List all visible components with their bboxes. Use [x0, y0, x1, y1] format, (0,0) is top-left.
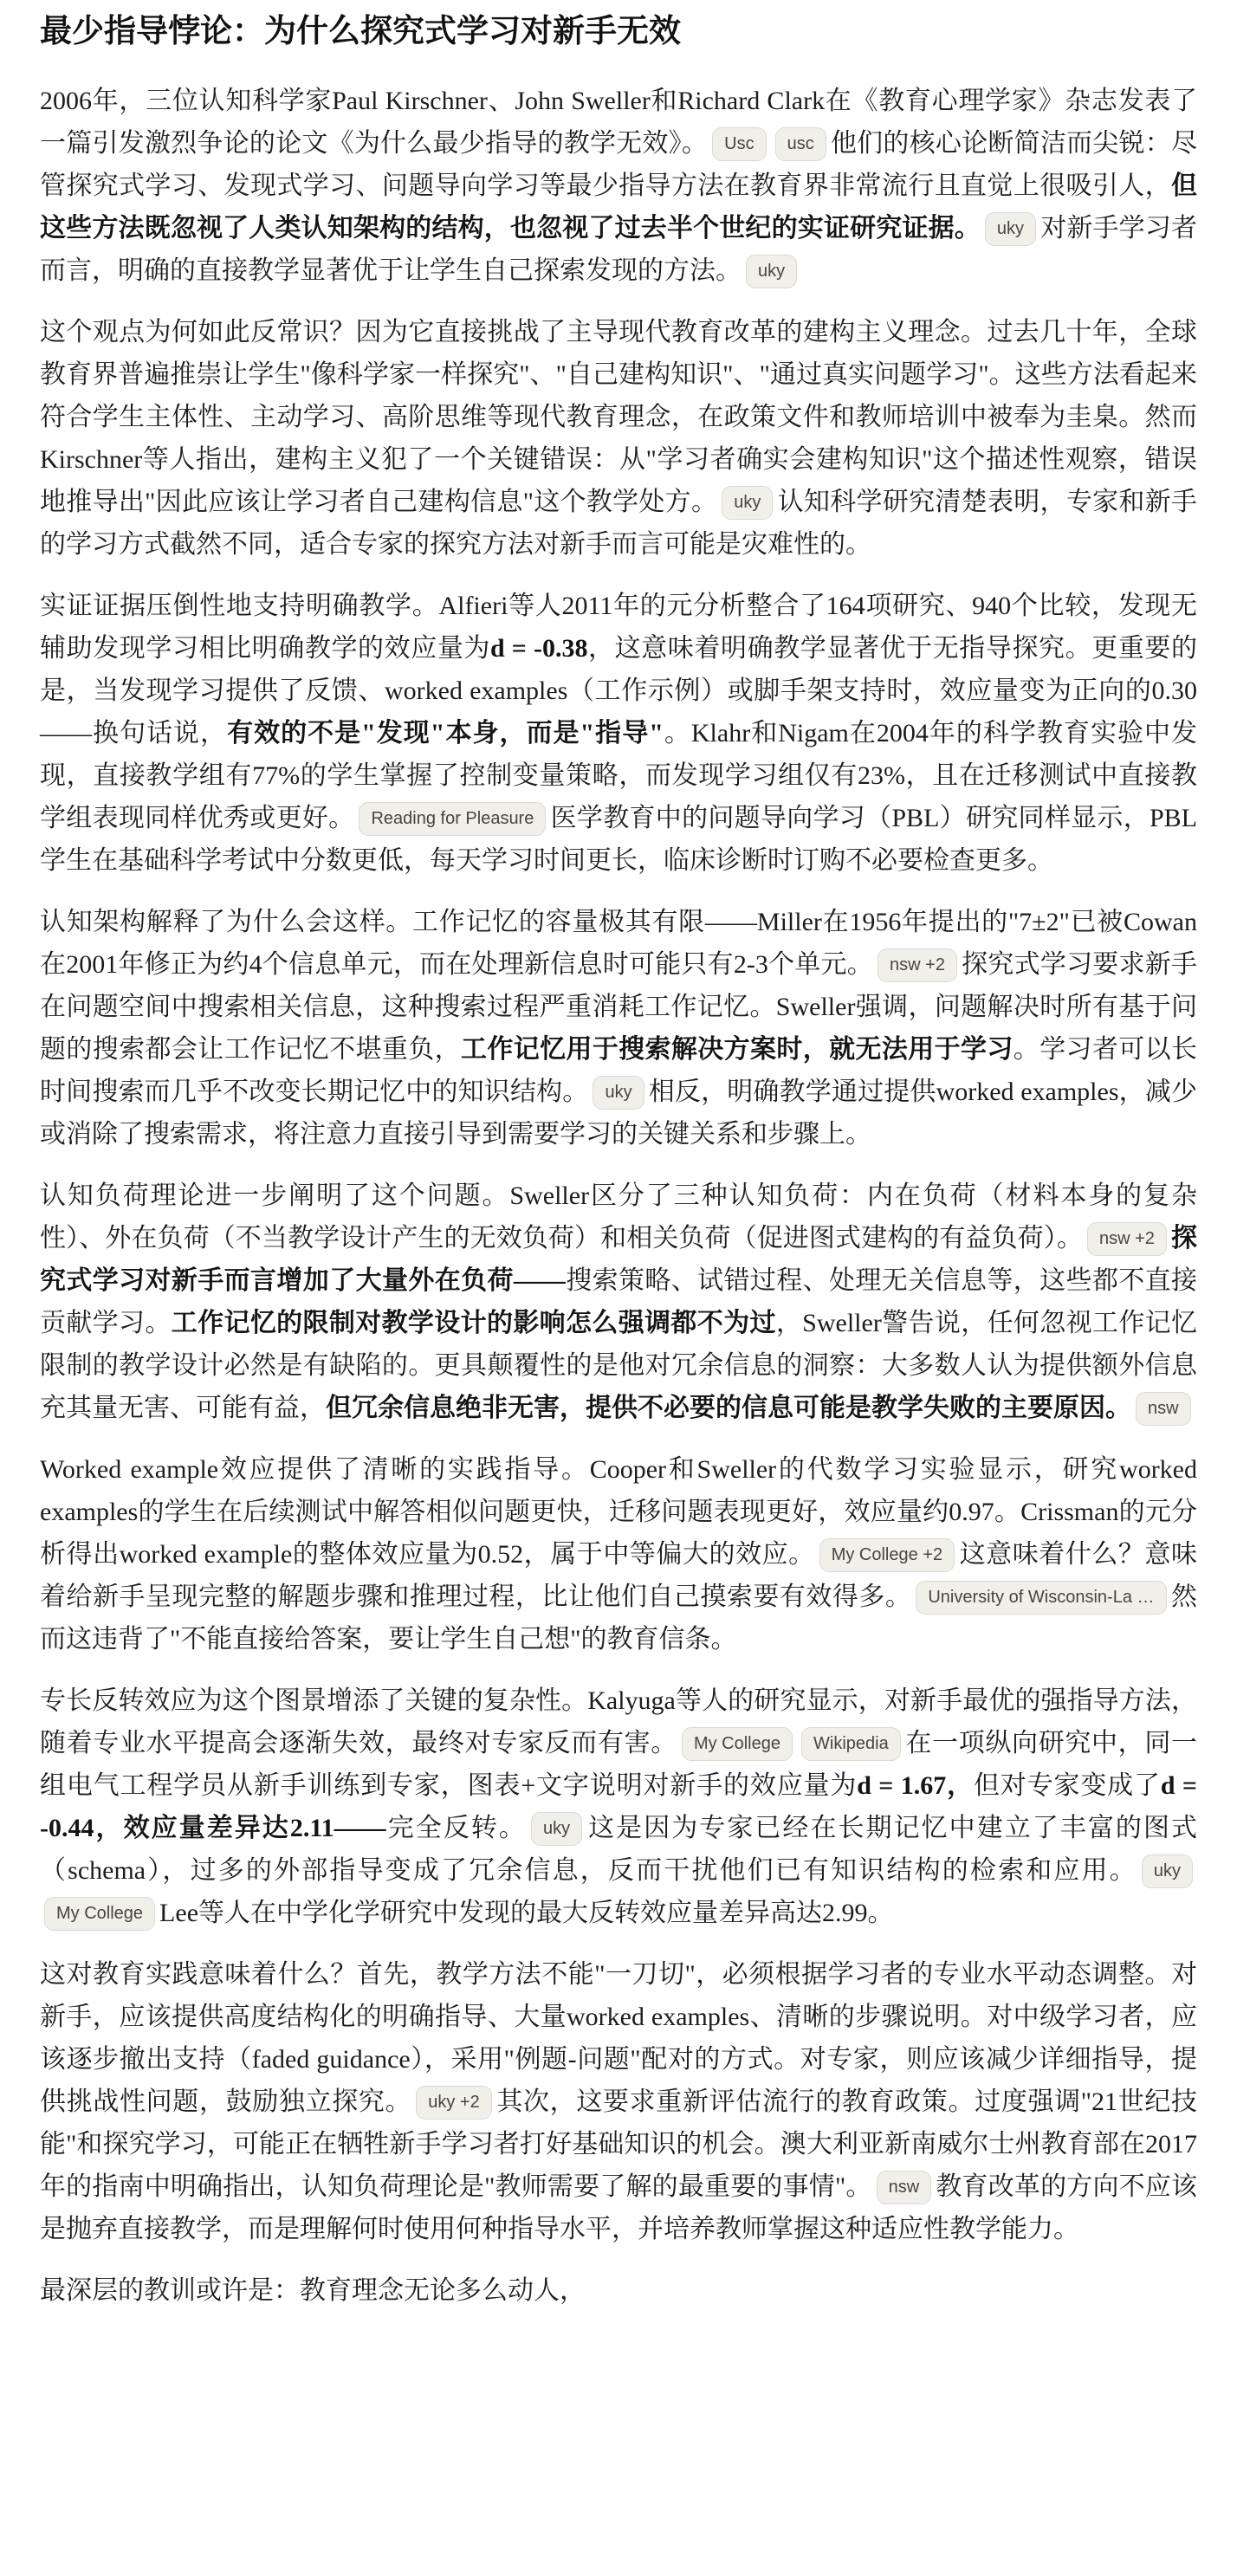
citation-pill[interactable]: nsw [877, 2171, 932, 2204]
paragraph: Worked example效应提供了清晰的实践指导。Cooper和Swelle… [40, 1448, 1197, 1660]
text-run: 认知负荷理论进一步阐明了这个问题。Sweller区分了三种认知负荷：内在负荷（材… [40, 1181, 1197, 1252]
citation-pill[interactable]: uky [1142, 1854, 1193, 1888]
citation-pill[interactable]: My College +2 [819, 1538, 955, 1572]
citation-pill[interactable]: My College [682, 1727, 793, 1761]
article: 最少指导悖论：为什么探究式学习对新手无效 2006年，三位认知科学家Paul K… [0, 0, 1237, 2312]
citation-pill[interactable]: uky [722, 486, 773, 520]
text-run: 最深层的教训或许是：教育理念无论多么动人， [40, 2276, 586, 2305]
paragraph: 认知负荷理论进一步阐明了这个问题。Sweller区分了三种认知负荷：内在负荷（材… [40, 1175, 1197, 1429]
clipped-paragraph: 最深层的教训或许是：教育理念无论多么动人， [40, 2269, 1197, 2312]
text-run: 这个观点为何如此反常识？因为它直接挑战了主导现代教育改革的建构主义理念。过去几十… [40, 318, 1197, 516]
bold-text-run: 工作记忆用于搜索解决方案时，就无法用于学习 [461, 1035, 1014, 1064]
paragraph: 这对教育实践意味着什么？首先，教学方法不能"一刀切"，必须根据学习者的专业水平动… [40, 1953, 1197, 2250]
bold-text-run: d = -0.38 [490, 634, 587, 663]
text-run: 但对专家变成了 [974, 1771, 1161, 1800]
citation-pill[interactable]: uky [985, 212, 1036, 246]
paragraph: 认知架构解释了为什么会这样。工作记忆的容量极其有限——Miller在1956年提… [40, 901, 1197, 1155]
paragraph: 专长反转效应为这个图景增添了关键的复杂性。Kalyuga等人的研究显示，对新手最… [40, 1680, 1197, 1934]
citation-pill[interactable]: University of Wisconsin-La … [916, 1581, 1166, 1615]
bold-text-run: 有效的不是"发现"本身，而是"指导" [227, 719, 664, 748]
citation-pill[interactable]: nsw [1136, 1392, 1191, 1426]
bold-text-run: 但冗余信息绝非无害，提供不必要的信息可能是教学失败的主要原因。 [326, 1394, 1131, 1422]
citation-pill[interactable]: uky [746, 255, 797, 288]
citation-pill[interactable]: My College [44, 1897, 155, 1931]
citation-pill[interactable]: nsw +2 [1087, 1222, 1167, 1256]
paragraph: 2006年，三位认知科学家Paul Kirschner、John Sweller… [40, 80, 1197, 292]
text-run: Lee等人在中学化学研究中发现的最大反转效应量差异高达2.99。 [159, 1899, 893, 1927]
citation-pill[interactable]: Reading for Pleasure [359, 802, 546, 836]
bold-text-run: d = 1.67， [857, 1771, 974, 1800]
citation-pill[interactable]: nsw +2 [878, 948, 957, 982]
text-run: 完全反转。 [386, 1814, 527, 1842]
citation-pill[interactable]: uky [531, 1812, 582, 1846]
citation-pill[interactable]: usc [775, 127, 826, 161]
bold-text-run: 工作记忆的限制对教学设计的影响怎么强调都不为过 [172, 1309, 776, 1337]
paragraph: 这个观点为何如此反常识？因为它直接挑战了主导现代教育改革的建构主义理念。过去几十… [40, 311, 1197, 566]
citation-pill[interactable]: Wikipedia [801, 1727, 901, 1761]
citation-pill[interactable]: uky +2 [416, 2086, 491, 2120]
citation-pill[interactable]: uky [593, 1076, 644, 1110]
citation-pill[interactable]: Usc [712, 127, 766, 161]
article-body: 2006年，三位认知科学家Paul Kirschner、John Sweller… [40, 80, 1197, 2312]
paragraph: 实证证据压倒性地支持明确教学。Alfieri等人2011年的元分析整合了164项… [40, 585, 1197, 882]
article-title: 最少指导悖论：为什么探究式学习对新手无效 [40, 12, 1197, 52]
